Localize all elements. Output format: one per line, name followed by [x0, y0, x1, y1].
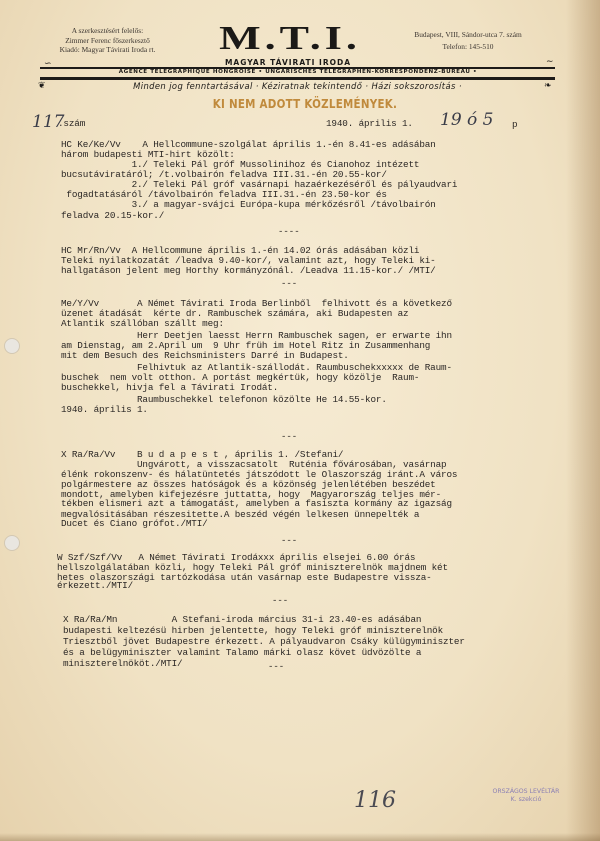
ornament-icon: ∼ [546, 57, 554, 67]
rights-notice-band: Minden jog fenntartásával · Kéziratnak t… [40, 81, 555, 91]
stamp-line: K. szekció [476, 796, 576, 804]
editor-in-chief: Zimmer Ferenc főszerkesztő [40, 36, 175, 46]
text-line: 3./ a magyar-svájci Európa-kupa mérkőzés… [61, 200, 436, 211]
document-date: 1940. április 1. [326, 119, 413, 130]
telephone: Telefon: 145-510 [393, 41, 543, 53]
ornament-icon: ❧ [544, 81, 552, 91]
letterhead-left: A szerkesztésért felelős: Zimmer Ferenc … [40, 26, 175, 55]
text-line: tékben elismeri azt a támogatást, amelyb… [61, 499, 452, 510]
text-line: budapesti keltezésü hirben jelentette, h… [63, 626, 443, 637]
separator: --- [272, 596, 288, 606]
paper-bottom-shadow [0, 833, 600, 841]
text-line: hallgatáson jelent meg Horthy kormányzón… [61, 266, 436, 277]
text-line: Triesztből jövet Budapestre érkezett. A … [63, 637, 465, 648]
letterhead-rule [40, 77, 555, 80]
separator: --- [281, 432, 297, 442]
text-line: miniszterelnököt./MTI/ [63, 659, 182, 670]
separator: --- [281, 536, 297, 546]
punch-hole-icon [4, 338, 20, 354]
text-line: mit dem Besuch des Reichsministers Darré… [61, 351, 349, 362]
separator: ---- [278, 227, 300, 237]
agency-name-band: MAGYAR TÁVIRATI IRODA [188, 58, 388, 67]
text-line: Ducet és Ciano grófot./MTI/ [61, 519, 208, 530]
text-line: érkezett./MTI/ [57, 581, 133, 592]
archive-stamp: ORSZÁGOS LEVÉLTÁR K. szekció [476, 788, 576, 804]
time-handwritten: 19 ó 5 [440, 110, 494, 130]
punch-hole-icon [4, 535, 20, 551]
page-number-handwritten: 116 [354, 788, 396, 813]
paper-edge-shadow [566, 0, 600, 841]
text-line: X Ra/Ra/Mn A Stefani-iroda március 31-i … [63, 615, 421, 626]
agency-languages-band: AGENCE TÉLÉGRAPHIQUE HONGROISE • UNGARIS… [38, 69, 558, 75]
document-title: KI NEM ADOTT KÖZLEMÉNYEK. [180, 97, 429, 111]
issue-label: .szám [58, 119, 85, 130]
separator: --- [281, 279, 297, 289]
separator: --- [268, 662, 284, 672]
mti-logo: M.T.I. [190, 21, 390, 55]
text-line: buschekkel, hivja fel a Távirati Irodát. [61, 383, 278, 394]
stamp-line: ORSZÁGOS LEVÉLTÁR [476, 788, 576, 796]
publisher: Kiadó: Magyar Távirati Iroda rt. [40, 45, 175, 55]
text-line: Atlantik szállóban szállt meg: [61, 319, 224, 330]
address: Budapest, VIII, Sándor-utca 7. szám [393, 29, 543, 41]
text-line: feladva 20.15-kor./ [61, 211, 164, 222]
text-line: 1940. április 1. [61, 405, 148, 416]
text-line: és a belügyminiszter valamint Talamo már… [63, 648, 421, 659]
letterhead-right: Budapest, VIII, Sándor-utca 7. szám Tele… [393, 29, 543, 53]
editor-responsible: A szerkesztésért felelős: [40, 26, 175, 36]
time-suffix: p [512, 120, 517, 131]
